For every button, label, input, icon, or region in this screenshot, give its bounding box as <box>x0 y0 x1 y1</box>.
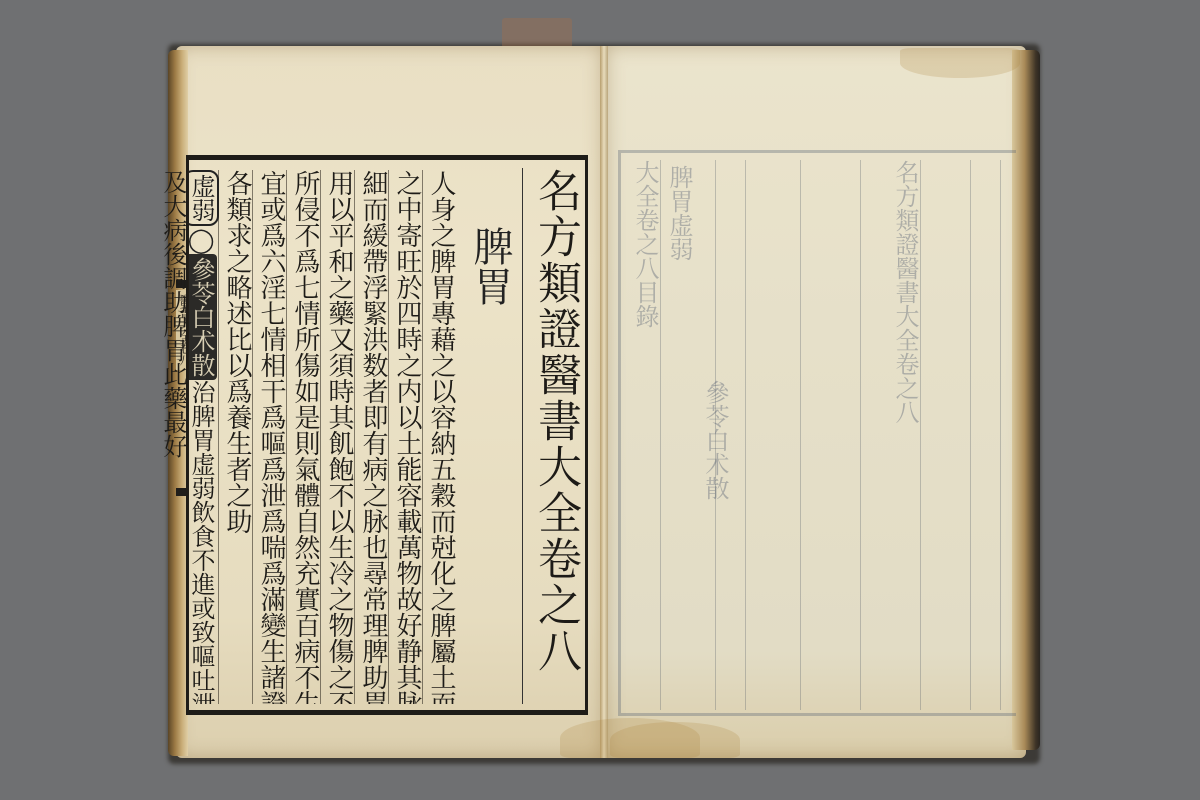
left-print-frame: 名方類證醫書大全卷之八 脾胃 人身之脾胃專藉之以容納五穀而尅化之脾屬土而居五臟 … <box>186 155 588 715</box>
ghost-text: 大全卷之八目錄 <box>630 160 660 328</box>
text-column-6: 宜或爲六淫七情相干爲嘔爲泄爲喘爲滿變生諸證又當於 <box>252 170 287 704</box>
ghost-text: 名方類證醫書大全卷之八 <box>890 160 920 424</box>
indication-text: 治脾胃虚弱飲食不進或致嘔吐泄瀉 <box>188 380 215 704</box>
prescription-column: 虚弱◯參苓白术散治脾胃虚弱飲食不進或致嘔吐泄瀉 <box>188 170 219 704</box>
ghost-rule <box>800 160 801 710</box>
ghost-rule <box>1000 160 1001 710</box>
ghost-text: 脾胃虚弱 <box>664 165 694 261</box>
category-tag: 虚弱 <box>188 170 219 226</box>
text-column-4: 用以平和之藥又須時其飢飽不以生冷之物傷之不爲寒暑 <box>320 170 355 704</box>
ghost-rule <box>920 160 921 710</box>
book-title: 名方類證醫書大全卷之八 <box>522 168 585 704</box>
book-gutter <box>600 46 608 758</box>
text-column-5: 所侵不爲七情所傷如是則氣體自然充實百病不生將理失 <box>286 170 321 704</box>
circle-marker-icon: ◯ <box>188 226 215 254</box>
prescription-continuation: 及大病後調助脾胃此藥最好 <box>159 170 189 704</box>
water-stain <box>610 722 740 758</box>
formula-name: 參苓白术散 <box>188 254 217 380</box>
library-seal <box>502 18 572 48</box>
ghost-rule <box>745 160 746 710</box>
ghost-rule <box>860 160 861 710</box>
text-column-1: 人身之脾胃專藉之以容納五穀而尅化之脾屬土而居五臟 <box>422 170 457 704</box>
ghost-rule <box>660 160 661 710</box>
text-column-2: 之中寄旺於四時之内以土能容載萬物故好静其脉常喜沉 <box>388 170 423 704</box>
right-fore-edge <box>1012 50 1040 750</box>
section-heading: 脾胃 <box>461 226 515 704</box>
ghost-rule <box>970 160 971 710</box>
text-column-3: 細而緩帶浮緊洪数者即有病之脉也尋常理脾助胃之道當 <box>354 170 389 704</box>
ghost-text: 參苓白术散 <box>700 380 730 500</box>
text-column-7: 各類求之略述比以爲養生者之助 <box>218 170 253 704</box>
water-stain <box>900 48 1020 78</box>
